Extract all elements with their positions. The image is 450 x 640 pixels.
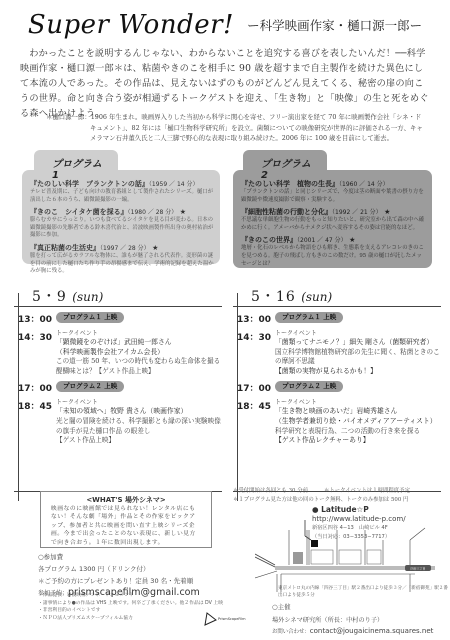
map-station-label: 四谷三丁目 <box>410 566 425 571</box>
title-japanese: ー科学映画作家・樋口源一郎ー <box>247 18 422 33</box>
whats-title: <WHAT'S 場外シネマ> <box>51 495 201 505</box>
film-meta: （1960 ／ 14 分） <box>339 181 389 188</box>
star-icon: ★ <box>384 208 390 216</box>
fee-reservation-note: ＊ご予約の方にプレゼントあり！定員 30 名・先着順 <box>38 576 238 585</box>
talk-description: 国立科学博物館植物研究部の先生に聞く、粘菌ときのこの摩訶不思議 <box>275 348 441 367</box>
talk-description: 光と闇の冒険を続ける、科学撮影とも縁の深い実験映像の旗手が見た樋口作品 の眼差し <box>56 417 222 436</box>
slot-time: 13：00 <box>14 312 56 325</box>
film-description: テレビ普及期に、子ども向けの教育番組として製作されたシリーズ。樋口が演出した６本… <box>30 189 214 204</box>
program-2-tab: プログラム 2 <box>243 150 327 174</box>
contact-label: お問い合わせ： <box>272 629 310 635</box>
date-heading: 5・9 (sun) <box>14 286 222 306</box>
film-description: 膨らむカサにうっとり。いつも食べてるシイタケを見る目が変わる。日本の顕微鏡撮影の… <box>30 217 214 240</box>
talk-note: 【ゲスト作品上映】 <box>56 436 222 446</box>
note-reception: ＊受付開始は各回とも 30 分前 <box>233 487 308 496</box>
date: 5・9 <box>32 289 67 305</box>
contact-email-link[interactable]: contact@jougaicinema.squares.net <box>310 627 434 635</box>
film-item: 『真正粘菌の生活史』（1997 ／ 28 分） ★ 脈を打って広がるカラフルな物… <box>30 243 214 276</box>
film-item: 『きのこの世界』（2001 ／ 47 分） ★ 地層・化石のレベルから物語をひも… <box>241 235 426 268</box>
film-item: 『たのしい科学 プランクトンの話』（1959 ／ 14 分） テレビ普及期に、子… <box>30 179 214 204</box>
talk-title: 「未知の領域へ」牧野 貴さん（映画作家） <box>56 407 222 417</box>
note-talk-fee: ＊１プログラム見た方は他の回のトーク無料、トークのみ参加は 500 円 <box>233 496 448 505</box>
fee-heading: ○参加費 <box>38 552 238 561</box>
whats-jougai-cinema-box: <WHAT'S 場外シネマ> 映画なのに映画館では見られない！レンタル店にもない… <box>40 491 212 548</box>
talk-note: 【ゲスト作品レクチャーあり】 <box>275 436 441 446</box>
star-icon: ★ <box>349 236 355 244</box>
whats-body: 映画なのに映画館では見られない！レンタル店にもない！そんな劇「場外」作品とその作… <box>51 505 201 547</box>
day-of-week: (sun) <box>301 290 332 304</box>
date: 5・16 <box>251 289 296 305</box>
program-1-box: プログラム 1 『たのしい科学 プランクトンの話』（1959 ／ 14 分） テ… <box>22 170 220 264</box>
credit-line: ・ＮＰＯ法人プリズムスケープフィルム協力 <box>38 615 228 623</box>
header: Super Wonder! ー科学映画作家・樋口源一郎ー <box>0 10 450 40</box>
credit-line: ・諸事情により●の作品は VHS 上映です。何卒ご了承ください。他２作品は DV… <box>38 600 228 608</box>
film-description: 脈を打って広がるカラフルな物体に、誰もが魅了される代表作。変形菌の謎を目の前にし… <box>30 253 214 276</box>
film-item: 『細胞性粘菌の行動と分化』（1992 ／ 21 分） ★ 不思議な単細胞生物の行… <box>241 207 426 232</box>
film-description: 地層・化石のレベルから物語をひも解き、生態系を支えるアレコレのきのこを見つめる。… <box>241 245 426 268</box>
schedule-slot: 14：30 トークイベント 「菌類ってナニモノ？」細矢 剛さん（菌類研究者） 国… <box>233 330 441 376</box>
slot-time: 18：45 <box>14 399 56 445</box>
film-title: 『きのこの世界』 <box>241 236 297 244</box>
access-directions: 東京メトロ丸の内線「四谷三丁目」駅２番出口より徒歩３分／「新宿御苑」駅２番出口よ… <box>278 585 450 599</box>
program-pill: プログラム２ 上映 <box>275 381 343 392</box>
credit-line: ・非営利目的のイベントです <box>38 607 228 615</box>
organizer-section: ○主催 場外シネマ研究所（所長：中村のり子） お問い合わせ：contact@jo… <box>272 602 450 635</box>
talk-title: 「生き物と映画のあいだ」岩崎秀雄さん <box>275 407 441 417</box>
slot-time: 17：00 <box>14 381 56 394</box>
guest-affiliation: （科学映画製作会社アイカム会長） <box>56 348 222 358</box>
star-icon: ★ <box>180 208 186 216</box>
schedule-slot: 14：30 トークイベント 「顕微鏡をのぞけば」武田純一郎さん （科学映画製作会… <box>14 330 222 376</box>
star-icon: ★ <box>152 244 158 252</box>
event-label: トークイベント <box>275 330 441 338</box>
film-meta: （1997 ／ 28 分） <box>100 245 150 252</box>
schedule-slot: 18：45 トークイベント 「未知の領域へ」牧野 貴さん（映画作家） 光と闇の冒… <box>14 399 222 445</box>
slot-time: 18：45 <box>233 399 275 445</box>
schedule-slot: 17：00 プログラム２ 上映 <box>14 381 222 394</box>
film-item: 『たのしい科学 植物の生長』（1960 ／ 14 分） 「プランクトンの話」と同… <box>241 179 426 204</box>
film-title: 『たのしい科学 植物の生長』 <box>241 180 339 188</box>
talk-description: 科学研究と表現行為、二つの活動の行き来を探る <box>275 427 441 437</box>
slot-time: 17：00 <box>233 381 275 394</box>
film-meta: （1992 ／ 21 分） <box>332 209 382 216</box>
film-meta: （1980 ／ 28 分） <box>128 209 178 216</box>
film-item: 『きのこ シイタケ菌を採る』（1980 ／ 28 分） ★ 膨らむカサにうっとり… <box>30 207 214 240</box>
intro-paragraph: わかったことを説明するんじゃない、わからないことを追究する喜びを表したいんだ！─… <box>20 46 432 121</box>
talk-note: 【菌類の実物が見られるかも！】 <box>275 367 441 377</box>
film-title: 『細胞性粘菌の行動と分化』 <box>241 208 332 216</box>
note-talk-duration: ＊トークイベントは１時間程度予定 <box>324 487 410 496</box>
film-description: 「プランクトンの話」と同じシリーズで、今度は茎の断面や葉書の摂り方を顕微鏡や微速… <box>241 189 426 204</box>
program-1-tab: プログラム 1 <box>34 150 118 174</box>
biography-note: ＊樋口源一郎：1906 年生まれ。映画界入りした当初から科学に関心を寄せ、フリー… <box>46 112 426 144</box>
organizer-name: 場外シネマ研究所（所長：中村のり子） <box>272 615 450 624</box>
film-title: 『たのしい科学 プランクトンの話』 <box>30 180 149 188</box>
guest-affiliation: （生物学者兼切り絵・バイオメディアアーティスト） <box>275 417 441 427</box>
slot-time: 13：00 <box>233 312 275 325</box>
venue-notes: ＊受付開始は各回とも 30 分前 ＊トークイベントは１時間程度予定 ＊１プログラ… <box>233 487 448 505</box>
organizer-contact: お問い合わせ：contact@jougaicinema.squares.net <box>272 627 450 635</box>
program-2-box: プログラム 2 『たのしい科学 植物の生長』（1960 ／ 14 分） 「プラン… <box>233 170 432 268</box>
film-meta: （1959 ／ 14 分） <box>149 181 199 188</box>
schedule-slot: 13：00 プログラム１ 上映 <box>14 312 222 325</box>
title-english: Super Wonder! <box>28 10 234 40</box>
film-meta: （2001 ／ 47 分） <box>297 237 347 244</box>
venue-name: ● Latitude☆P <box>312 505 450 514</box>
talk-description: この道一筋 50 年、いつの時代も変わらぬ生命体を撮る醍醐味とは？【ゲスト作品上… <box>56 357 222 376</box>
organizer-heading: ○主催 <box>272 602 450 611</box>
schedule-slot: 17：00 プログラム２ 上映 <box>233 381 441 394</box>
date-heading: 5・16 (sun) <box>233 286 441 306</box>
program-pill: プログラム２ 上映 <box>56 381 124 392</box>
talk-title: 「菌類ってナニモノ？」細矢 剛さん（菌類研究者） <box>275 338 441 348</box>
film-title: 『真正粘菌の生活史』 <box>30 244 100 252</box>
program-pill: プログラム１ 上映 <box>56 312 124 323</box>
prism-logo-icon <box>204 612 218 626</box>
schedule-day-2: 5・16 (sun) 13：00 プログラム１ 上映 14：30 トークイベント… <box>233 286 441 492</box>
film-title: 『きのこ シイタケ菌を採る』 <box>30 208 128 216</box>
event-label: トークイベント <box>56 330 222 338</box>
prismscapefilm-logo: PrismScapeFilm <box>204 612 245 626</box>
schedule-day-1: 5・9 (sun) 13：00 プログラム１ 上映 14：30 トークイベント … <box>14 286 222 492</box>
day-of-week: (sun) <box>72 290 103 304</box>
access-map: 四谷三丁目 <box>255 520 440 592</box>
schedule-slot: 13：00 プログラム１ 上映 <box>233 312 441 325</box>
logo-text: PrismScapeFilm <box>218 617 245 621</box>
venue-marker-icon <box>311 540 318 547</box>
film-description: 不思議な単細胞生物の行動をもっと知りたいと、研究室から出て森の中へ確かめに行く。… <box>241 217 426 232</box>
fee-price: 各プログラム 1300 円（ドリンク付） <box>38 564 238 573</box>
schedule-slot: 18：45 トークイベント 「生き物と映画のあいだ」岩崎秀雄さん （生物学者兼切… <box>233 399 441 445</box>
credit-line: ・作品提供：岩波映像／シネ・ドキュメント <box>38 592 228 600</box>
slot-time: 14：30 <box>233 330 275 376</box>
program-pill: プログラム１ 上映 <box>275 312 343 323</box>
slot-time: 14：30 <box>14 330 56 376</box>
credits-list: ・作品提供：岩波映像／シネ・ドキュメント ・諸事情により●の作品は VHS 上映… <box>38 592 228 622</box>
talk-title: 「顕微鏡をのぞけば」武田純一郎さん <box>56 338 222 348</box>
